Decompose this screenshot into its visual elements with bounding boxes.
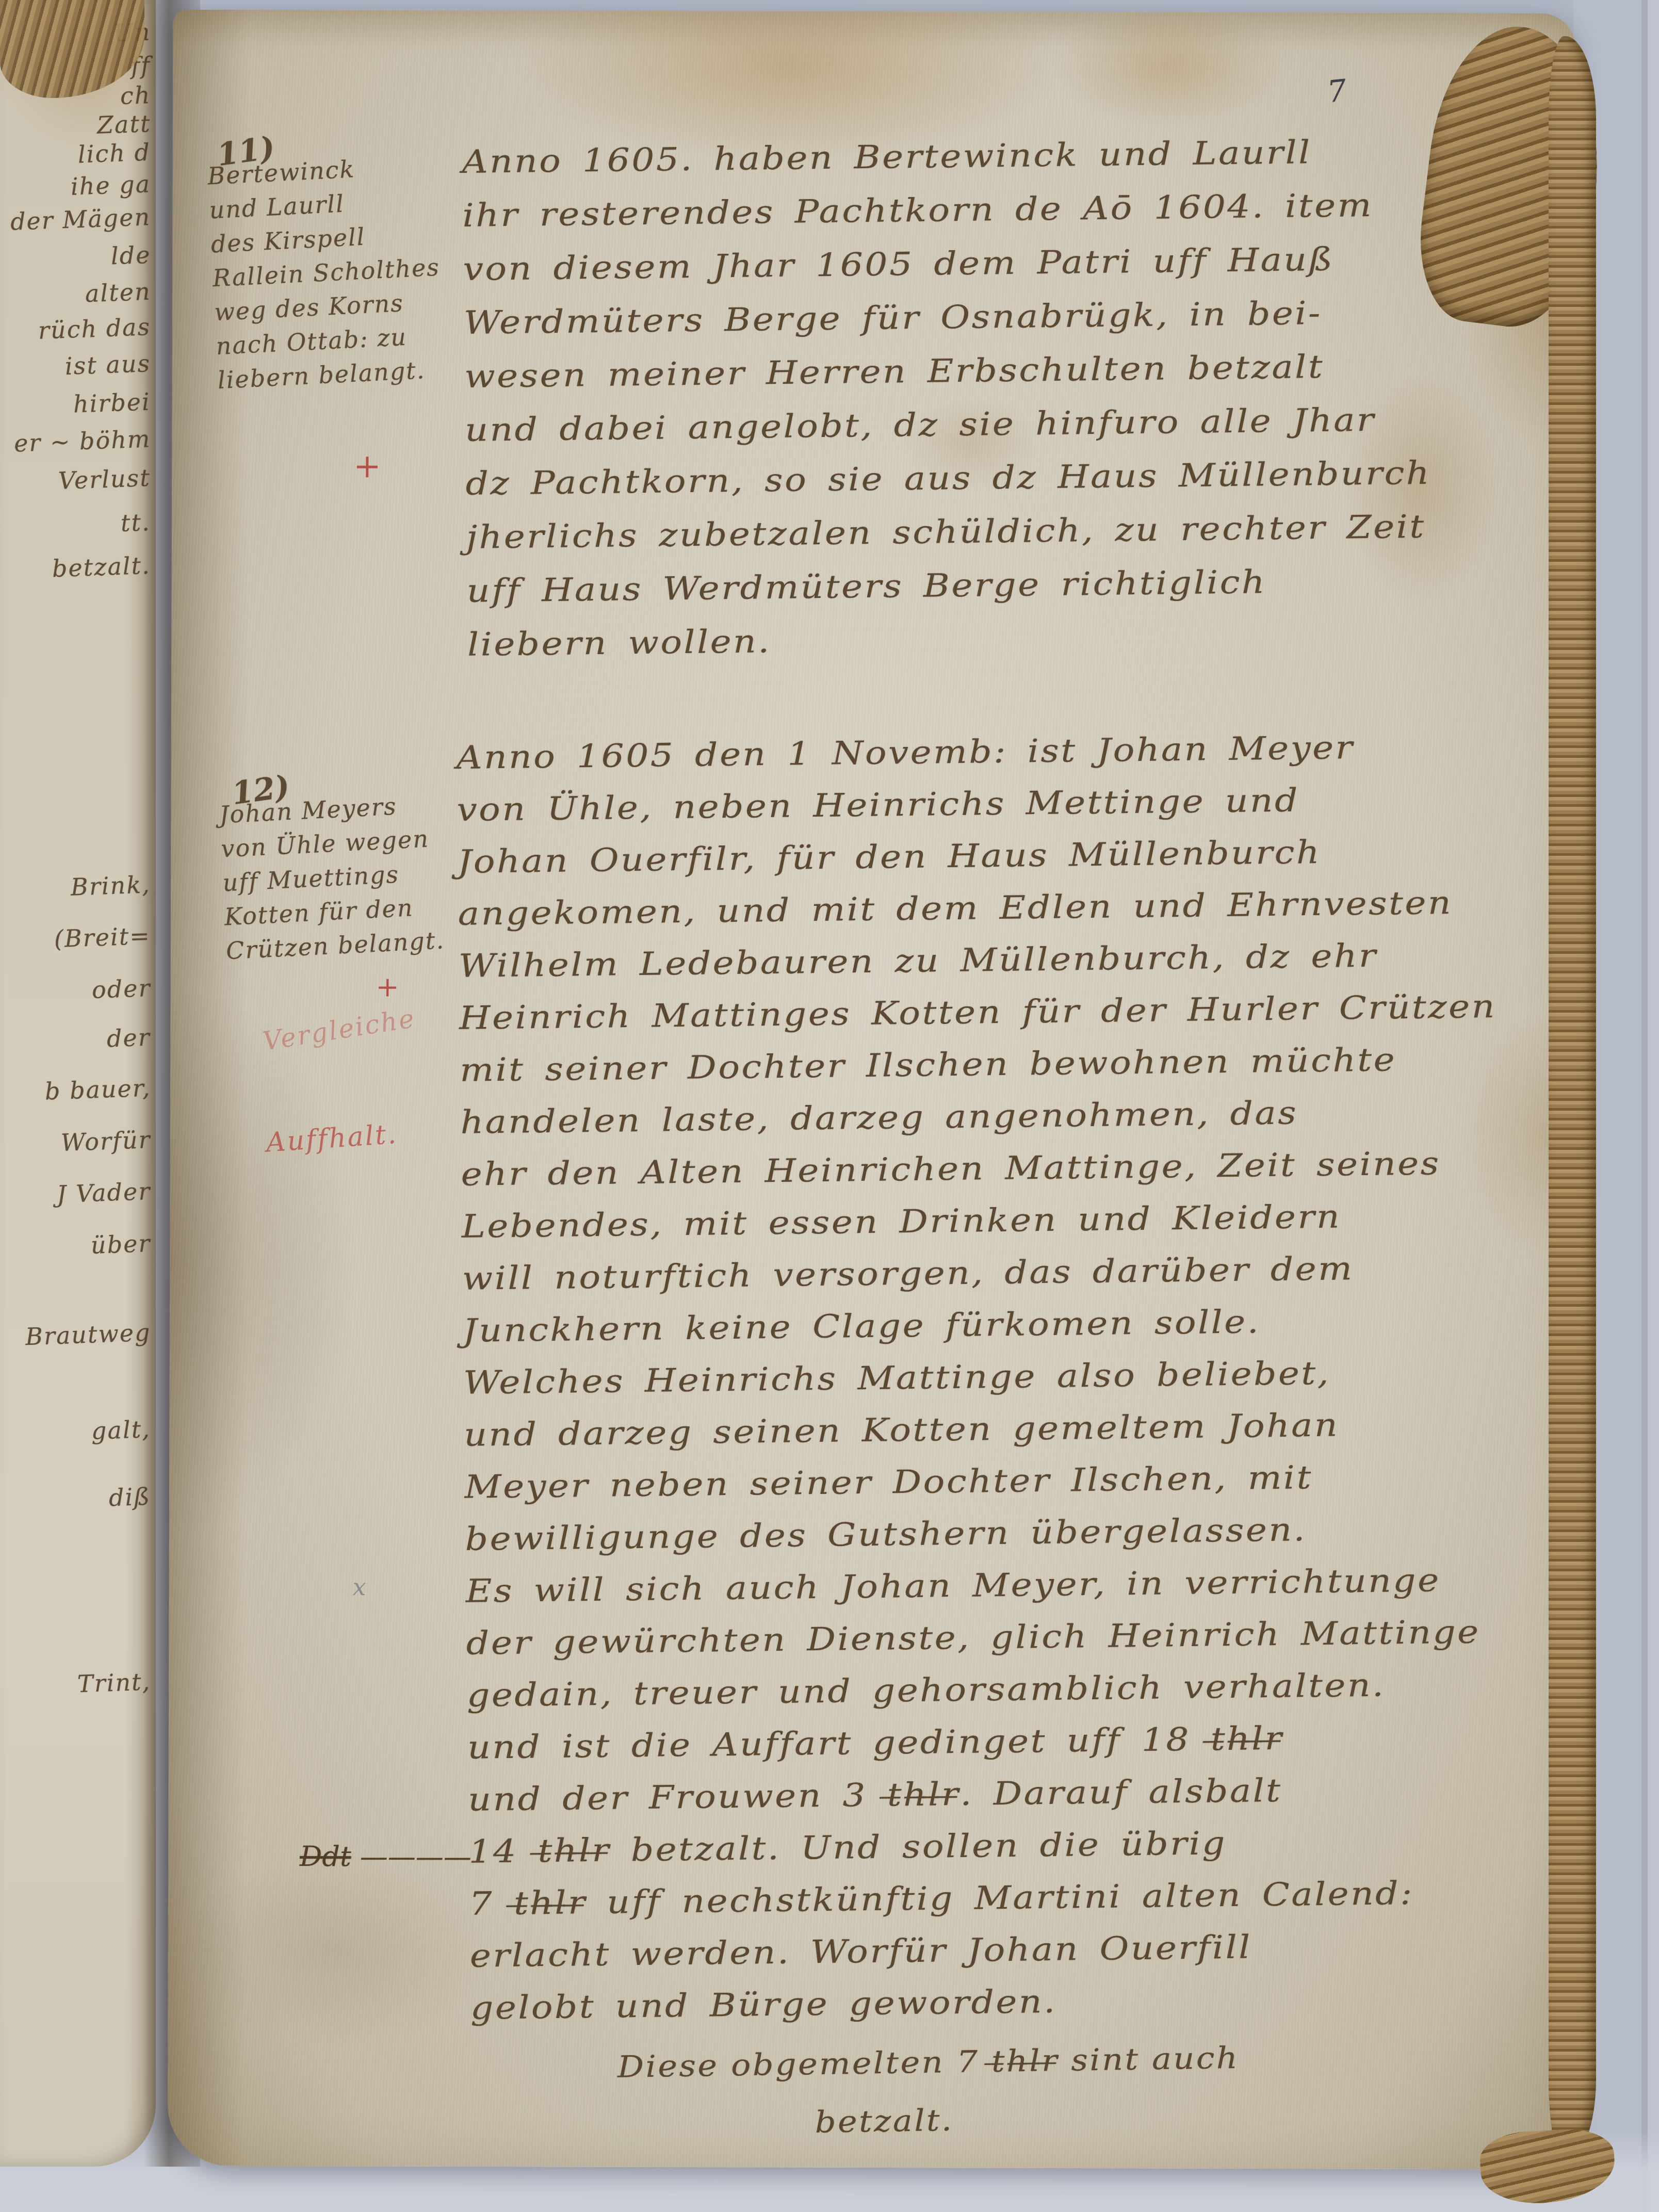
left-page-text-fragment: galt, bbox=[91, 1415, 151, 1445]
manuscript-line: gelobt und Bürge geworden. bbox=[470, 1970, 1508, 2034]
entry-12-body-text: Anno 1605 den 1 Novemb: ist Johan Meyerv… bbox=[456, 721, 1397, 2034]
photo-background: UnffchZattlich dihe gader Mägenldealtenr… bbox=[0, 0, 1659, 2212]
ddt-dash: ———— bbox=[360, 1840, 471, 1873]
page-number: 7 bbox=[1326, 73, 1348, 109]
left-page-text-fragment: b bauer, bbox=[44, 1074, 151, 1105]
left-page-text-fragment: Brink, bbox=[70, 870, 151, 901]
left-page-text-fragment: rüch das bbox=[38, 313, 151, 345]
left-page-text-fragment: er ~ böhm bbox=[13, 425, 151, 457]
entry-11-red-cross-mark: + bbox=[353, 447, 381, 485]
red-annotation-auffhalt: Auffhalt. bbox=[265, 1119, 399, 1159]
left-page-text-fragment: alten bbox=[85, 278, 151, 307]
closing-note-line-1: Diese obgemelten 7 t̶h̶l̶r̶ sint auch bbox=[617, 2040, 1240, 2085]
entry-12-red-cross-mark: + bbox=[376, 970, 399, 1003]
left-page-text-fragment: ist aus bbox=[64, 349, 151, 380]
left-page-text-fragment: J Vader bbox=[56, 1177, 151, 1208]
left-page-text-fragment: oder bbox=[91, 974, 151, 1004]
left-page-text-fragment: hirbei bbox=[73, 387, 151, 418]
left-page-text-fragment: über bbox=[90, 1229, 151, 1259]
left-page-text-fragment: ihe ga bbox=[70, 170, 151, 200]
left-page-text-fragment: betzalt. bbox=[52, 551, 151, 583]
left-page-text-fragment: lich d bbox=[77, 138, 151, 169]
ddt-label: Ddt bbox=[300, 1840, 351, 1873]
left-page-text-fragment: Trint, bbox=[77, 1668, 151, 1698]
entry-11-body-text: Anno 1605. haben Bertewinck und Laurllih… bbox=[462, 125, 1330, 672]
red-annotation-vergleiche: Vergleiche bbox=[261, 1003, 418, 1056]
page-block-right-edge bbox=[1549, 36, 1596, 2161]
left-page-text-fragment: der Mägen bbox=[10, 203, 151, 235]
left-page-text-fragment: Verlust bbox=[58, 464, 151, 495]
left-page-text-fragment: Worfür bbox=[60, 1126, 151, 1157]
pencil-x-mark: x bbox=[352, 1573, 366, 1601]
left-page-text-fragment: (Breit= bbox=[54, 922, 151, 953]
page-block-bottom-edge bbox=[1479, 2127, 1617, 2206]
manuscript-page: 7 11) Bertewinckund Laurlldes KirspellRa… bbox=[168, 9, 1576, 2169]
paid-mark-ddt: Ddt ———— bbox=[300, 1840, 471, 1873]
entry-11-margin-note: Bertewinckund Laurlldes KirspellRallein … bbox=[207, 147, 476, 397]
left-facing-page-edge: UnffchZattlich dihe gader Mägenldealtenr… bbox=[0, 0, 156, 2167]
entry-12-margin-note: Johan Meyersvon Ühle wegenuff MuettingsK… bbox=[218, 785, 484, 968]
left-page-text-fragment: Brautweg bbox=[25, 1319, 151, 1351]
manuscript-line: liebern wollen. bbox=[467, 607, 1433, 672]
left-page-text-fragment: Zatt bbox=[96, 109, 151, 139]
closing-note-line-2: betzalt. bbox=[815, 2103, 954, 2140]
